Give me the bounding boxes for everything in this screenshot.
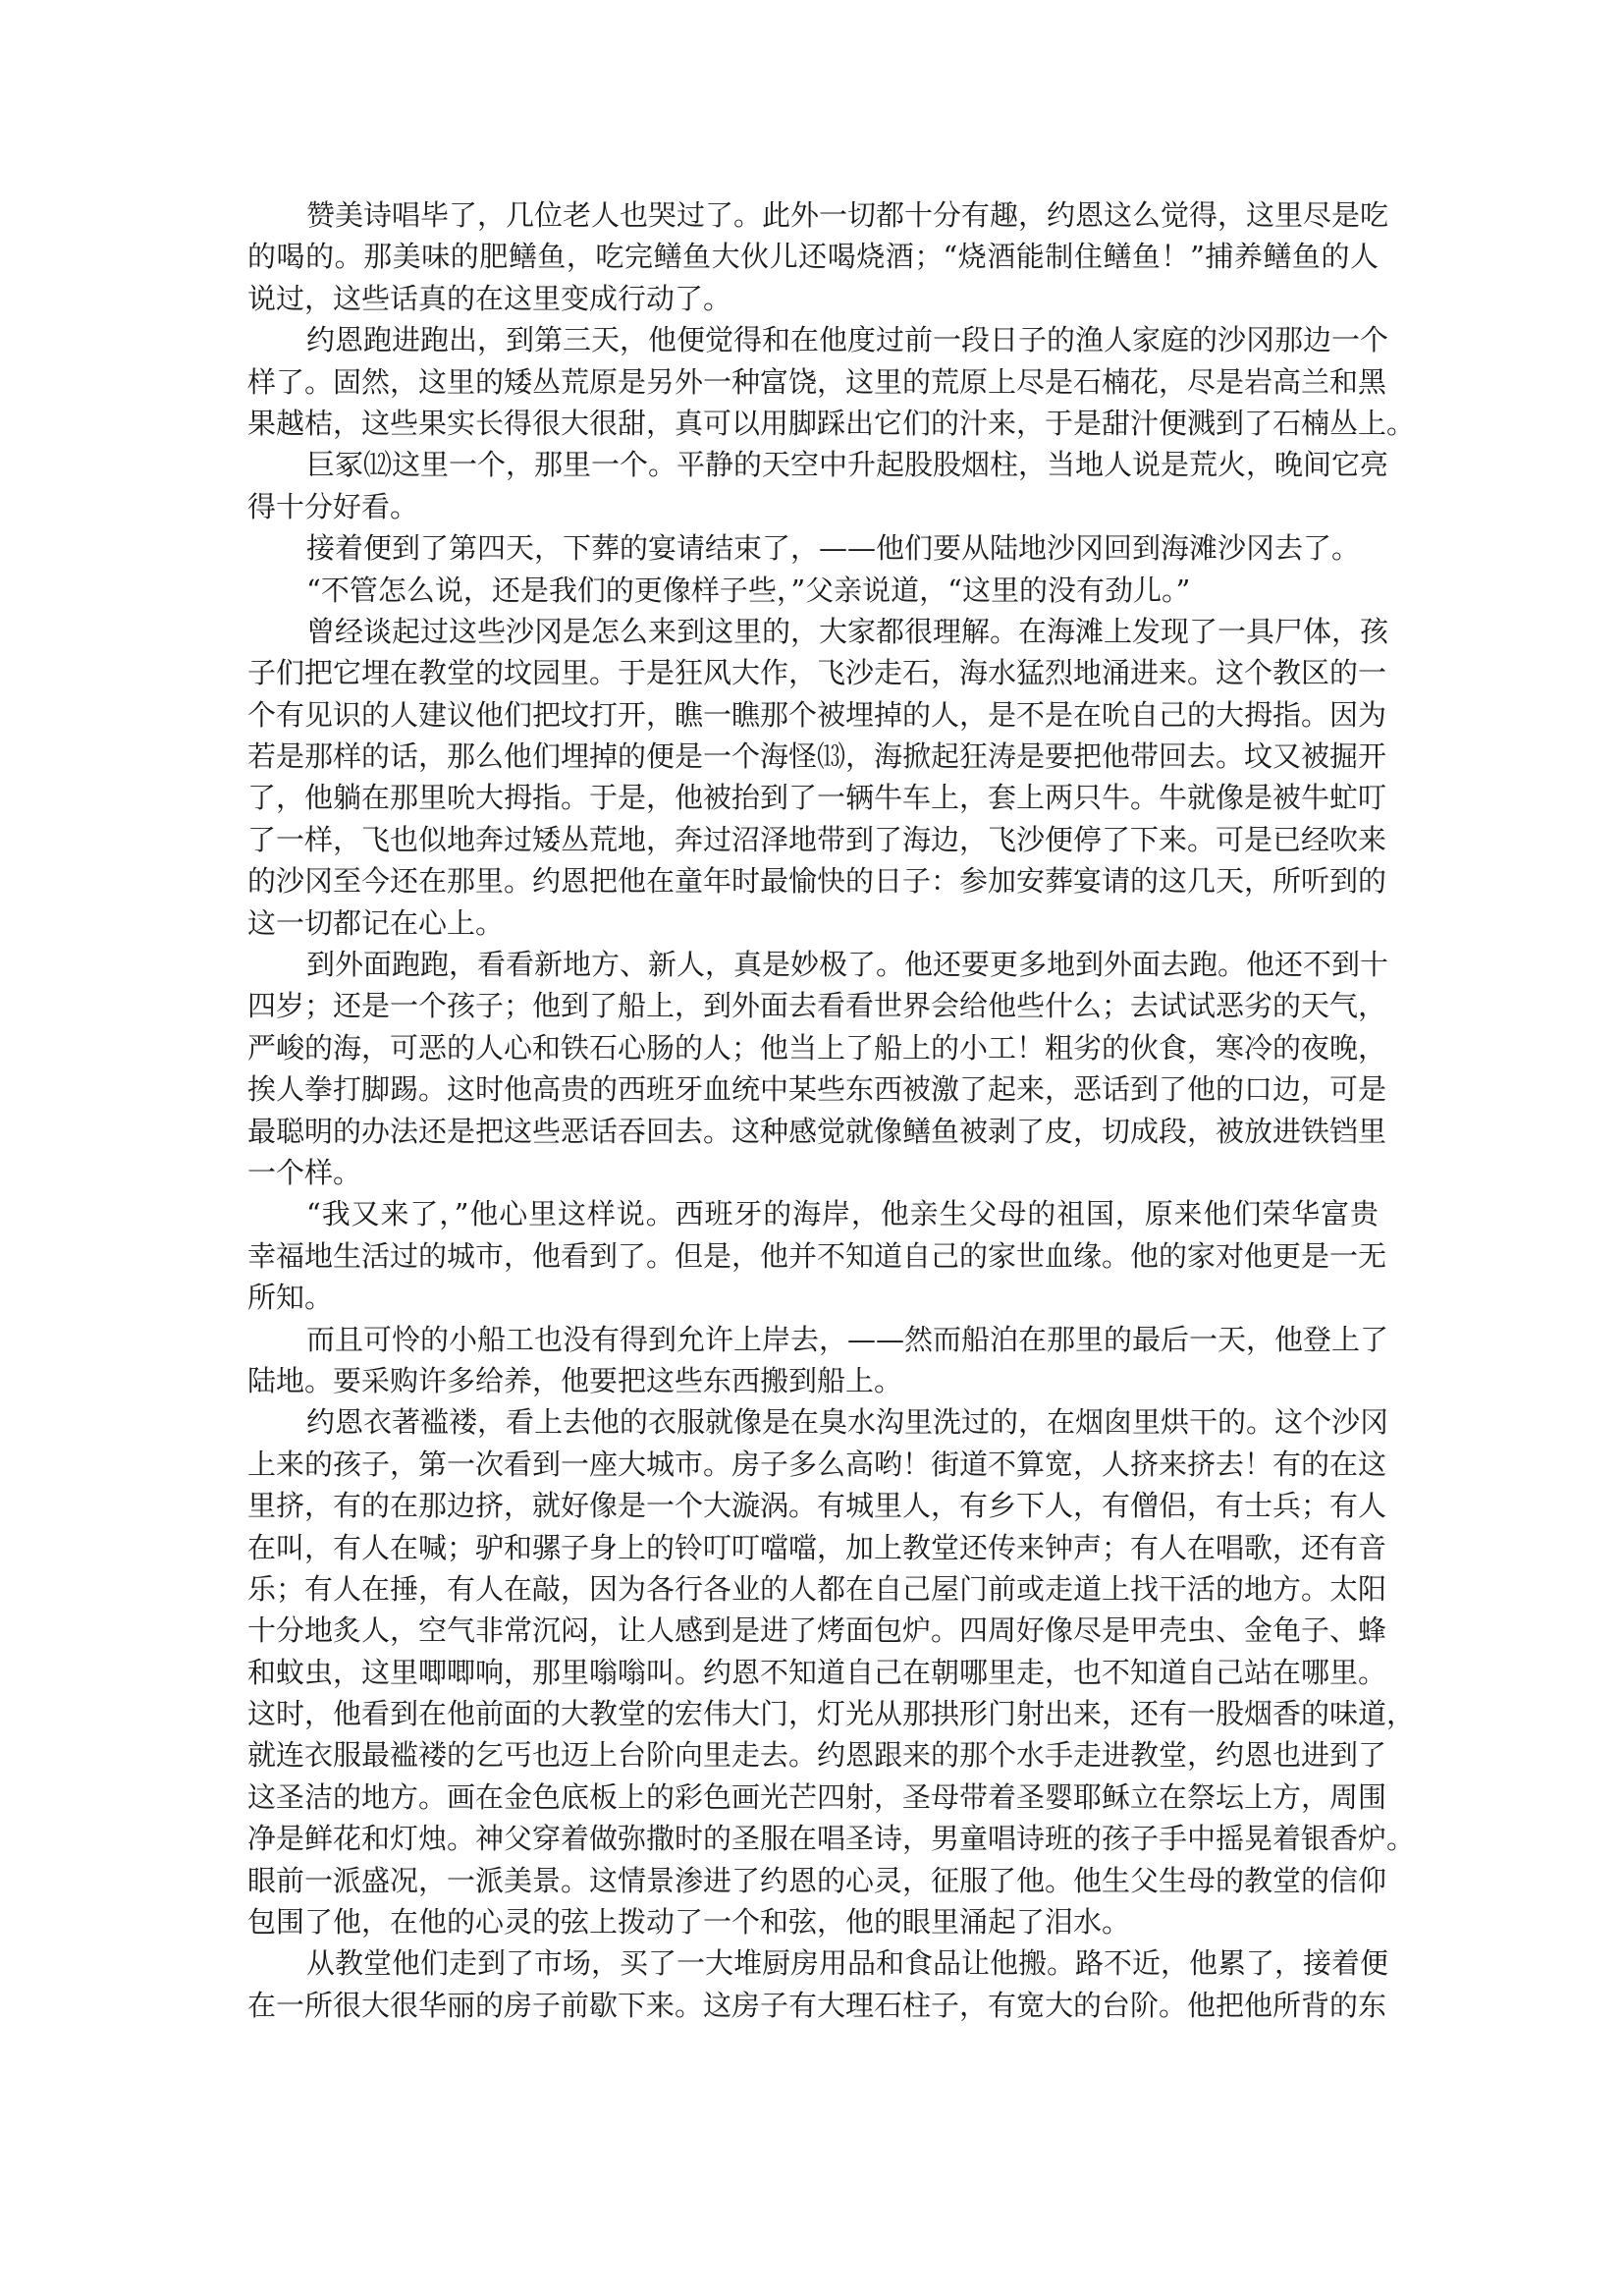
text-line: 接着便到了第四天，下葬的宴请结束了，——他们要从陆地沙冈回到海滩沙冈去了。	[247, 527, 1379, 569]
paragraph: 而且可怜的小船工也没有得到允许上岸去，——然而船泊在那里的最后一天，他登上了陆地…	[247, 1319, 1379, 1402]
text-line: “我又来了，”他心里这样说。西班牙的海岸，他亲生父母的祖国，原来他们荣华富贵	[247, 1193, 1379, 1234]
text-line: 眼前一派盛况，一派美景。这情景渗进了约恩的心灵，征服了他。他生父生母的教堂的信仰	[247, 1860, 1379, 1901]
paragraph: 接着便到了第四天，下葬的宴请结束了，——他们要从陆地沙冈回到海滩沙冈去了。	[247, 527, 1379, 569]
text-line: 样了。固然，这里的矮丛荒原是另外一种富饶，这里的荒原上尽是石楠花，尽是岩高兰和黑	[247, 361, 1379, 403]
text-line: 约恩跑进跑出，到第三天，他便觉得和在他度过前一段日子的渔人家庭的沙冈那边一个	[247, 319, 1379, 360]
text-line: 个有见识的人建议他们把坟打开，瞧一瞧那个被埋掉的人，是不是在吮自己的大拇指。因为	[247, 694, 1379, 736]
text-line: 和蚊虫，这里唧唧响，那里嗡嗡叫。约恩不知道自己在朝哪里走，也不知道自己站在哪里。	[247, 1652, 1379, 1693]
text-line: 果越桔，这些果实长得很大很甜，真可以用脚踩出它们的汁来，于是甜汁便溅到了石楠丛上…	[247, 403, 1379, 444]
text-line: 挨人拳打脚踢。这时他高贵的西班牙血统中某些东西被激了起来，恶话到了他的口边，可是	[247, 1068, 1379, 1110]
text-line: 这一切都记在心上。	[247, 902, 1379, 944]
text-line: 在一所很大很华丽的房子前歇下来。这房子有大理石柱子，有宽大的台阶。他把他所背的东	[247, 1985, 1379, 2026]
text-line: 一个样。	[247, 1152, 1379, 1193]
paragraph: 到外面跑跑，看看新地方、新人，真是妙极了。他还要更多地到外面去跑。他还不到十四岁…	[247, 944, 1379, 1193]
paragraph: 曾经谈起过这些沙冈是怎么来到这里的，大家都很理解。在海滩上发现了一具尸体，孩子们…	[247, 611, 1379, 944]
text-line: 包围了他，在他的心灵的弦上拨动了一个和弦，他的眼里涌起了泪水。	[247, 1901, 1379, 1942]
text-line: 而且可怜的小船工也没有得到允许上岸去，——然而船泊在那里的最后一天，他登上了	[247, 1319, 1379, 1360]
text-line: 就连衣服最褴褛的乞丐也迈上台阶向里走去。约恩跟来的那个水手走进教堂，约恩也进到了	[247, 1734, 1379, 1776]
text-line: 赞美诗唱毕了，几位老人也哭过了。此外一切都十分有趣，约恩这么觉得，这里尽是吃	[247, 194, 1379, 236]
text-line: 所知。	[247, 1277, 1379, 1318]
text-line: 得十分好看。	[247, 486, 1379, 527]
text-line: 到外面跑跑，看看新地方、新人，真是妙极了。他还要更多地到外面去跑。他还不到十	[247, 944, 1379, 985]
text-line: 从教堂他们走到了市场，买了一大堆厨房用品和食品让他搬。路不近，他累了，接着便	[247, 1942, 1379, 1984]
text-line: 十分地炙人，空气非常沉闷，让人感到是进了烤面包炉。四周好像尽是甲壳虫、金龟子、蜂	[247, 1610, 1379, 1651]
paragraph: 约恩跑进跑出，到第三天，他便觉得和在他度过前一段日子的渔人家庭的沙冈那边一个样了…	[247, 319, 1379, 444]
text-line: 了，他躺在那里吮大拇指。于是，他被抬到了一辆牛车上，套上两只牛。牛就像是被牛虻叮	[247, 777, 1379, 818]
text-line: 的喝的。那美味的肥鳝鱼，吃完鳝鱼大伙儿还喝烧酒；“烧酒能制住鳝鱼！”捕养鳝鱼的人	[247, 236, 1379, 277]
paragraph: 从教堂他们走到了市场，买了一大堆厨房用品和食品让他搬。路不近，他累了，接着便在一…	[247, 1942, 1379, 2026]
text-line: 若是那样的话，那么他们埋掉的便是一个海怪⒀，海掀起狂涛是要把他带回去。坟又被掘开	[247, 736, 1379, 777]
text-line: 在叫，有人在喊；驴和骡子身上的铃叮叮噹噹，加上教堂还传来钟声；有人在唱歌，还有音	[247, 1527, 1379, 1568]
text-line: 上来的孩子，第一次看到一座大城市。房子多么高哟！街道不算宽，人挤来挤去！有的在这	[247, 1444, 1379, 1485]
paragraph: 赞美诗唱毕了，几位老人也哭过了。此外一切都十分有趣，约恩这么觉得，这里尽是吃的喝…	[247, 194, 1379, 319]
text-line: 了一样，飞也似地奔过矮丛荒地，奔过沼泽地带到了海边，飞沙便停了下来。可是已经吹来	[247, 819, 1379, 860]
text-line: 陆地。要采购许多给养，他要把这些东西搬到船上。	[247, 1360, 1379, 1401]
text-line: 最聪明的办法还是把这些恶话吞回去。这种感觉就像鳝鱼被剥了皮，切成段，被放进铁铛里	[247, 1111, 1379, 1152]
text-line: 幸福地生活过的城市，他看到了。但是，他并不知道自己的家世血缘。他的家对他更是一无	[247, 1235, 1379, 1277]
text-line: 的沙冈至今还在那里。约恩把他在童年时最愉快的日子：参加安葬宴请的这几天，所听到的	[247, 860, 1379, 902]
text-line: 巨冢⑿这里一个，那里一个。平静的天空中升起股股烟柱，当地人说是荒火，晚间它亮	[247, 444, 1379, 485]
document-page: 赞美诗唱毕了，几位老人也哭过了。此外一切都十分有趣，约恩这么觉得，这里尽是吃的喝…	[247, 194, 1379, 2026]
paragraph: “不管怎么说，还是我们的更像样子些，”父亲说道，“这里的没有劲儿。”	[247, 570, 1379, 611]
text-line: 这圣洁的地方。画在金色底板上的彩色画光芒四射，圣母带着圣婴耶稣立在祭坛上方，周围	[247, 1777, 1379, 1818]
text-line: 乐；有人在捶，有人在敲，因为各行各业的人都在自己屋门前或走道上找干活的地方。太阳	[247, 1568, 1379, 1610]
text-line: 曾经谈起过这些沙冈是怎么来到这里的，大家都很理解。在海滩上发现了一具尸体，孩	[247, 611, 1379, 652]
text-line: 严峻的海，可恶的人心和铁石心肠的人；他当上了船上的小工！粗劣的伙食，寒冷的夜晚，	[247, 1027, 1379, 1068]
text-line: 四岁；还是一个孩子；他到了船上，到外面去看看世界会给他些什么；去试试恶劣的天气，	[247, 985, 1379, 1026]
text-line: 子们把它埋在教堂的坟园里。于是狂风大作，飞沙走石，海水猛烈地涌进来。这个教区的一	[247, 652, 1379, 693]
paragraph: 约恩衣著褴褛，看上去他的衣服就像是在臭水沟里洗过的，在烟囱里烘干的。这个沙冈上来…	[247, 1401, 1379, 1942]
text-line: 这时，他看到在他前面的大教堂的宏伟大门，灯光从那拱形门射出来，还有一股烟香的味道…	[247, 1693, 1379, 1734]
text-line: 约恩衣著褴褛，看上去他的衣服就像是在臭水沟里洗过的，在烟囱里烘干的。这个沙冈	[247, 1401, 1379, 1443]
paragraph: 巨冢⑿这里一个，那里一个。平静的天空中升起股股烟柱，当地人说是荒火，晚间它亮得十…	[247, 444, 1379, 527]
text-line: “不管怎么说，还是我们的更像样子些，”父亲说道，“这里的没有劲儿。”	[247, 570, 1379, 611]
text-line: 净是鲜花和灯烛。神父穿着做弥撒时的圣服在唱圣诗，男童唱诗班的孩子手中摇晃着银香炉…	[247, 1818, 1379, 1859]
paragraph: “我又来了，”他心里这样说。西班牙的海岸，他亲生父母的祖国，原来他们荣华富贵幸福…	[247, 1193, 1379, 1318]
text-line: 说过，这些话真的在这里变成行动了。	[247, 278, 1379, 319]
text-line: 里挤，有的在那边挤，就好像是一个大漩涡。有城里人，有乡下人，有僧侣，有士兵；有人	[247, 1485, 1379, 1526]
